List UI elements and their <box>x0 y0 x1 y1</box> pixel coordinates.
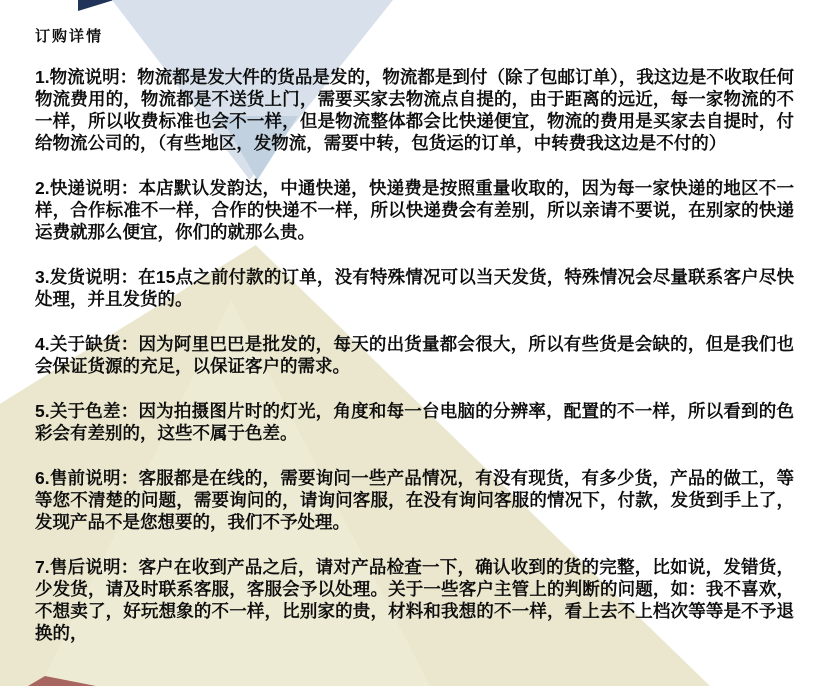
paragraph-logistics-note: 1.物流说明：物流都是发大件的货品是发的，物流都是到付（除了包邮订单），我这边是… <box>35 66 794 154</box>
order-details-content: 订购详情 1.物流说明：物流都是发大件的货品是发的，物流都是到付（除了包邮订单）… <box>0 0 824 644</box>
paragraph-shipping-note: 3.发货说明：在15点之前付款的订单，没有特殊情况可以当天发货，特殊情况会尽量联… <box>35 266 794 310</box>
paragraph-stock-note: 4.关于缺货：因为阿里巴巴是批发的，每天的出货量都会很大，所以有些货是会缺的，但… <box>35 333 794 377</box>
paragraph-color-difference-note: 5.关于色差：因为拍摄图片时的灯光，角度和每一台电脑的分辨率，配置的不一样，所以… <box>35 400 794 444</box>
order-details-page: 订购详情 1.物流说明：物流都是发大件的货品是发的，物流都是到付（除了包邮订单）… <box>0 0 824 686</box>
paragraph-presale-note: 6.售前说明：客服都是在线的，需要询问一些产品情况，有没有现货，有多少货，产品的… <box>35 467 794 533</box>
paragraph-aftersale-note: 7.售后说明：客户在收到产品之后，请对产品检查一下，确认收到的货的完整，比如说，… <box>35 556 794 644</box>
paragraph-express-note: 2.快递说明：本店默认发韵达，中通快递，快递费是按照重量收取的，因为每一家快递的… <box>35 177 794 243</box>
page-title: 订购详情 <box>35 28 794 46</box>
